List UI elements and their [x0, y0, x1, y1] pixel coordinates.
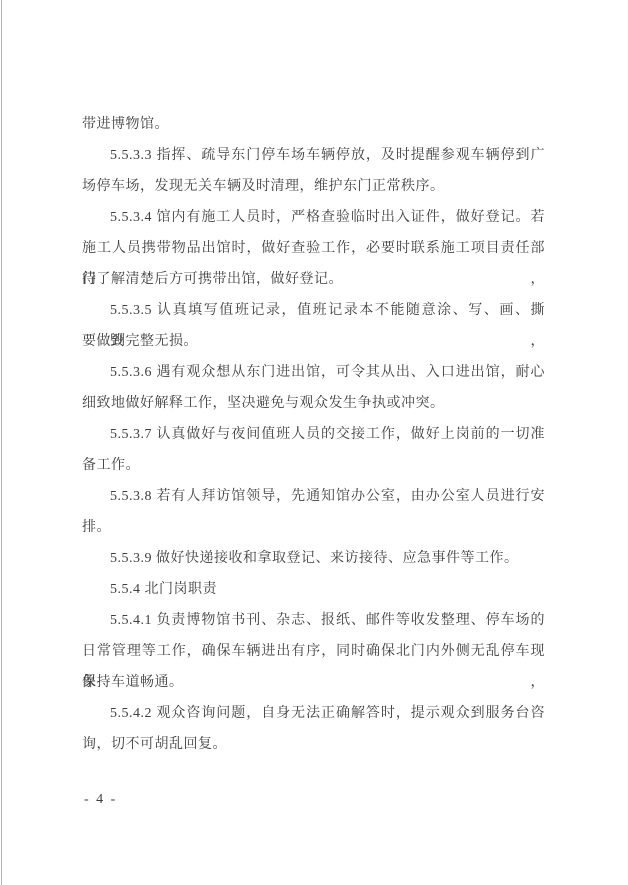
text-line: 5.5.3.7 认真做好与夜间值班人员的交接工作，做好上岗前的一切准 [82, 419, 545, 450]
text-line: 5.5.3.8 若有人拜访馆领导，先通知馆办公室，由办公室人员进行安 [82, 481, 545, 512]
text-line: 5.5.4.1 负责博物馆书刊、杂志、报纸、邮件等收发整理、停车场的 [82, 605, 545, 636]
text-line: 备工作。 [82, 450, 545, 481]
document-body: 带进博物馆。5.5.3.3 指挥、疏导东门停车场车辆停放，及时提醒参观车辆停到广… [82, 109, 545, 760]
text-line: 排。 [82, 512, 545, 543]
text-line: 5.5.3.6 遇有观众想从东门进出馆，可令其从出、入口进出馆，耐心 [82, 357, 545, 388]
page-left-edge-line [1, 0, 2, 885]
text-line: 施工人员携带物品出馆时，做好查验工作，必要时联系施工项目责任部门， [82, 233, 545, 264]
text-line: 5.5.4.2 观众咨询问题，自身无法正确解答时，提示观众到服务台咨 [82, 698, 545, 729]
text-line: 日常管理等工作，确保车辆进出有序，同时确保北门内外侧无乱停车现象， [82, 636, 545, 667]
text-line: 询，切不可胡乱回复。 [82, 729, 545, 760]
text-line: 细致地做好解释工作，坚决避免与观众发生争执或冲突。 [82, 388, 545, 419]
text-line: 5.5.3.3 指挥、疏导东门停车场车辆停放，及时提醒参观车辆停到广 [82, 140, 545, 171]
text-line: 场停车场，发现无关车辆及时清理，维护东门正常秩序。 [82, 171, 545, 202]
text-line: 5.5.3.4 馆内有施工人员时，严格查验临时出入证件，做好登记。若 [82, 202, 545, 233]
page-number: - 4 - [84, 791, 117, 809]
text-line: 5.5.4 北门岗职责 [82, 574, 545, 605]
text-line: 5.5.3.9 做好快递接收和拿取登记、来访接待、应急事件等工作。 [82, 543, 545, 574]
text-line: 带进博物馆。 [82, 109, 545, 140]
text-line: 5.5.3.5 认真填写值班记录，值班记录本不能随意涂、写、画、撕毁， [82, 295, 545, 326]
